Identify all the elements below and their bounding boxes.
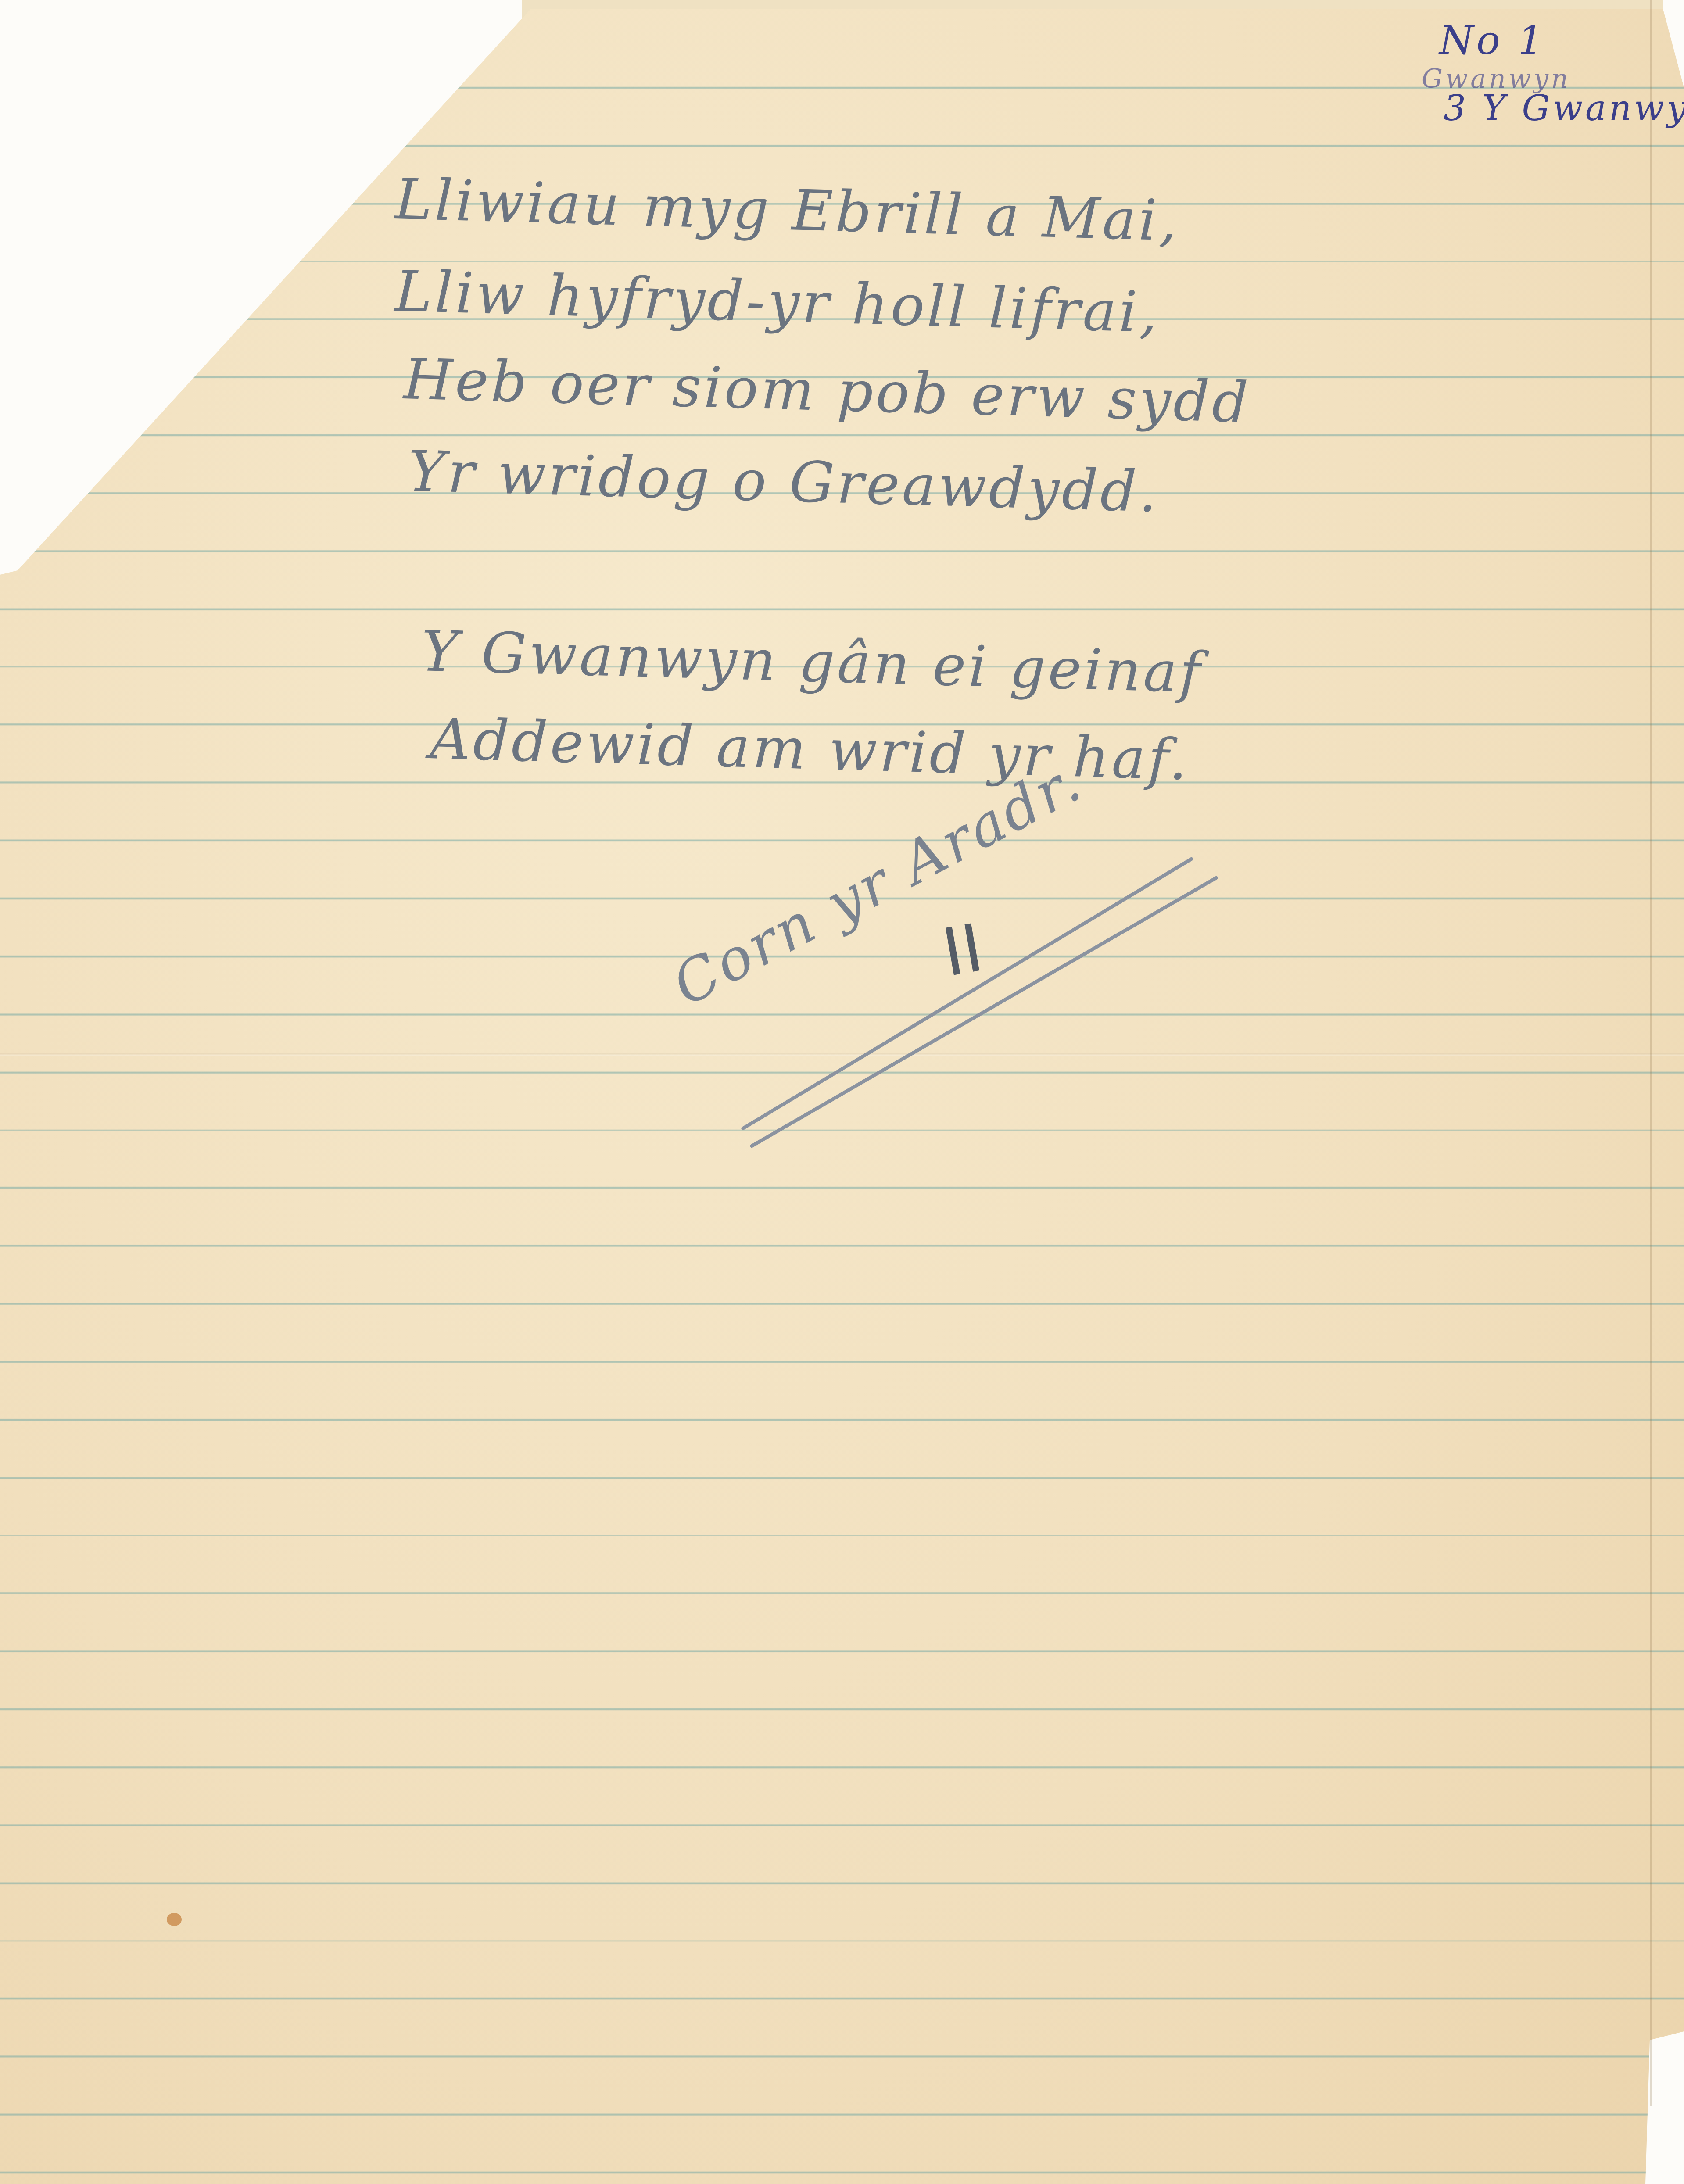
corner-note-title: 3 Y Gwanwyn bbox=[1444, 88, 1684, 129]
corner-note-number: No 1 bbox=[1439, 18, 1546, 64]
paper-stain bbox=[167, 1913, 182, 1926]
horizontal-fold-crease bbox=[0, 1053, 1684, 1056]
vertical-fold-crease bbox=[1650, 0, 1652, 2106]
